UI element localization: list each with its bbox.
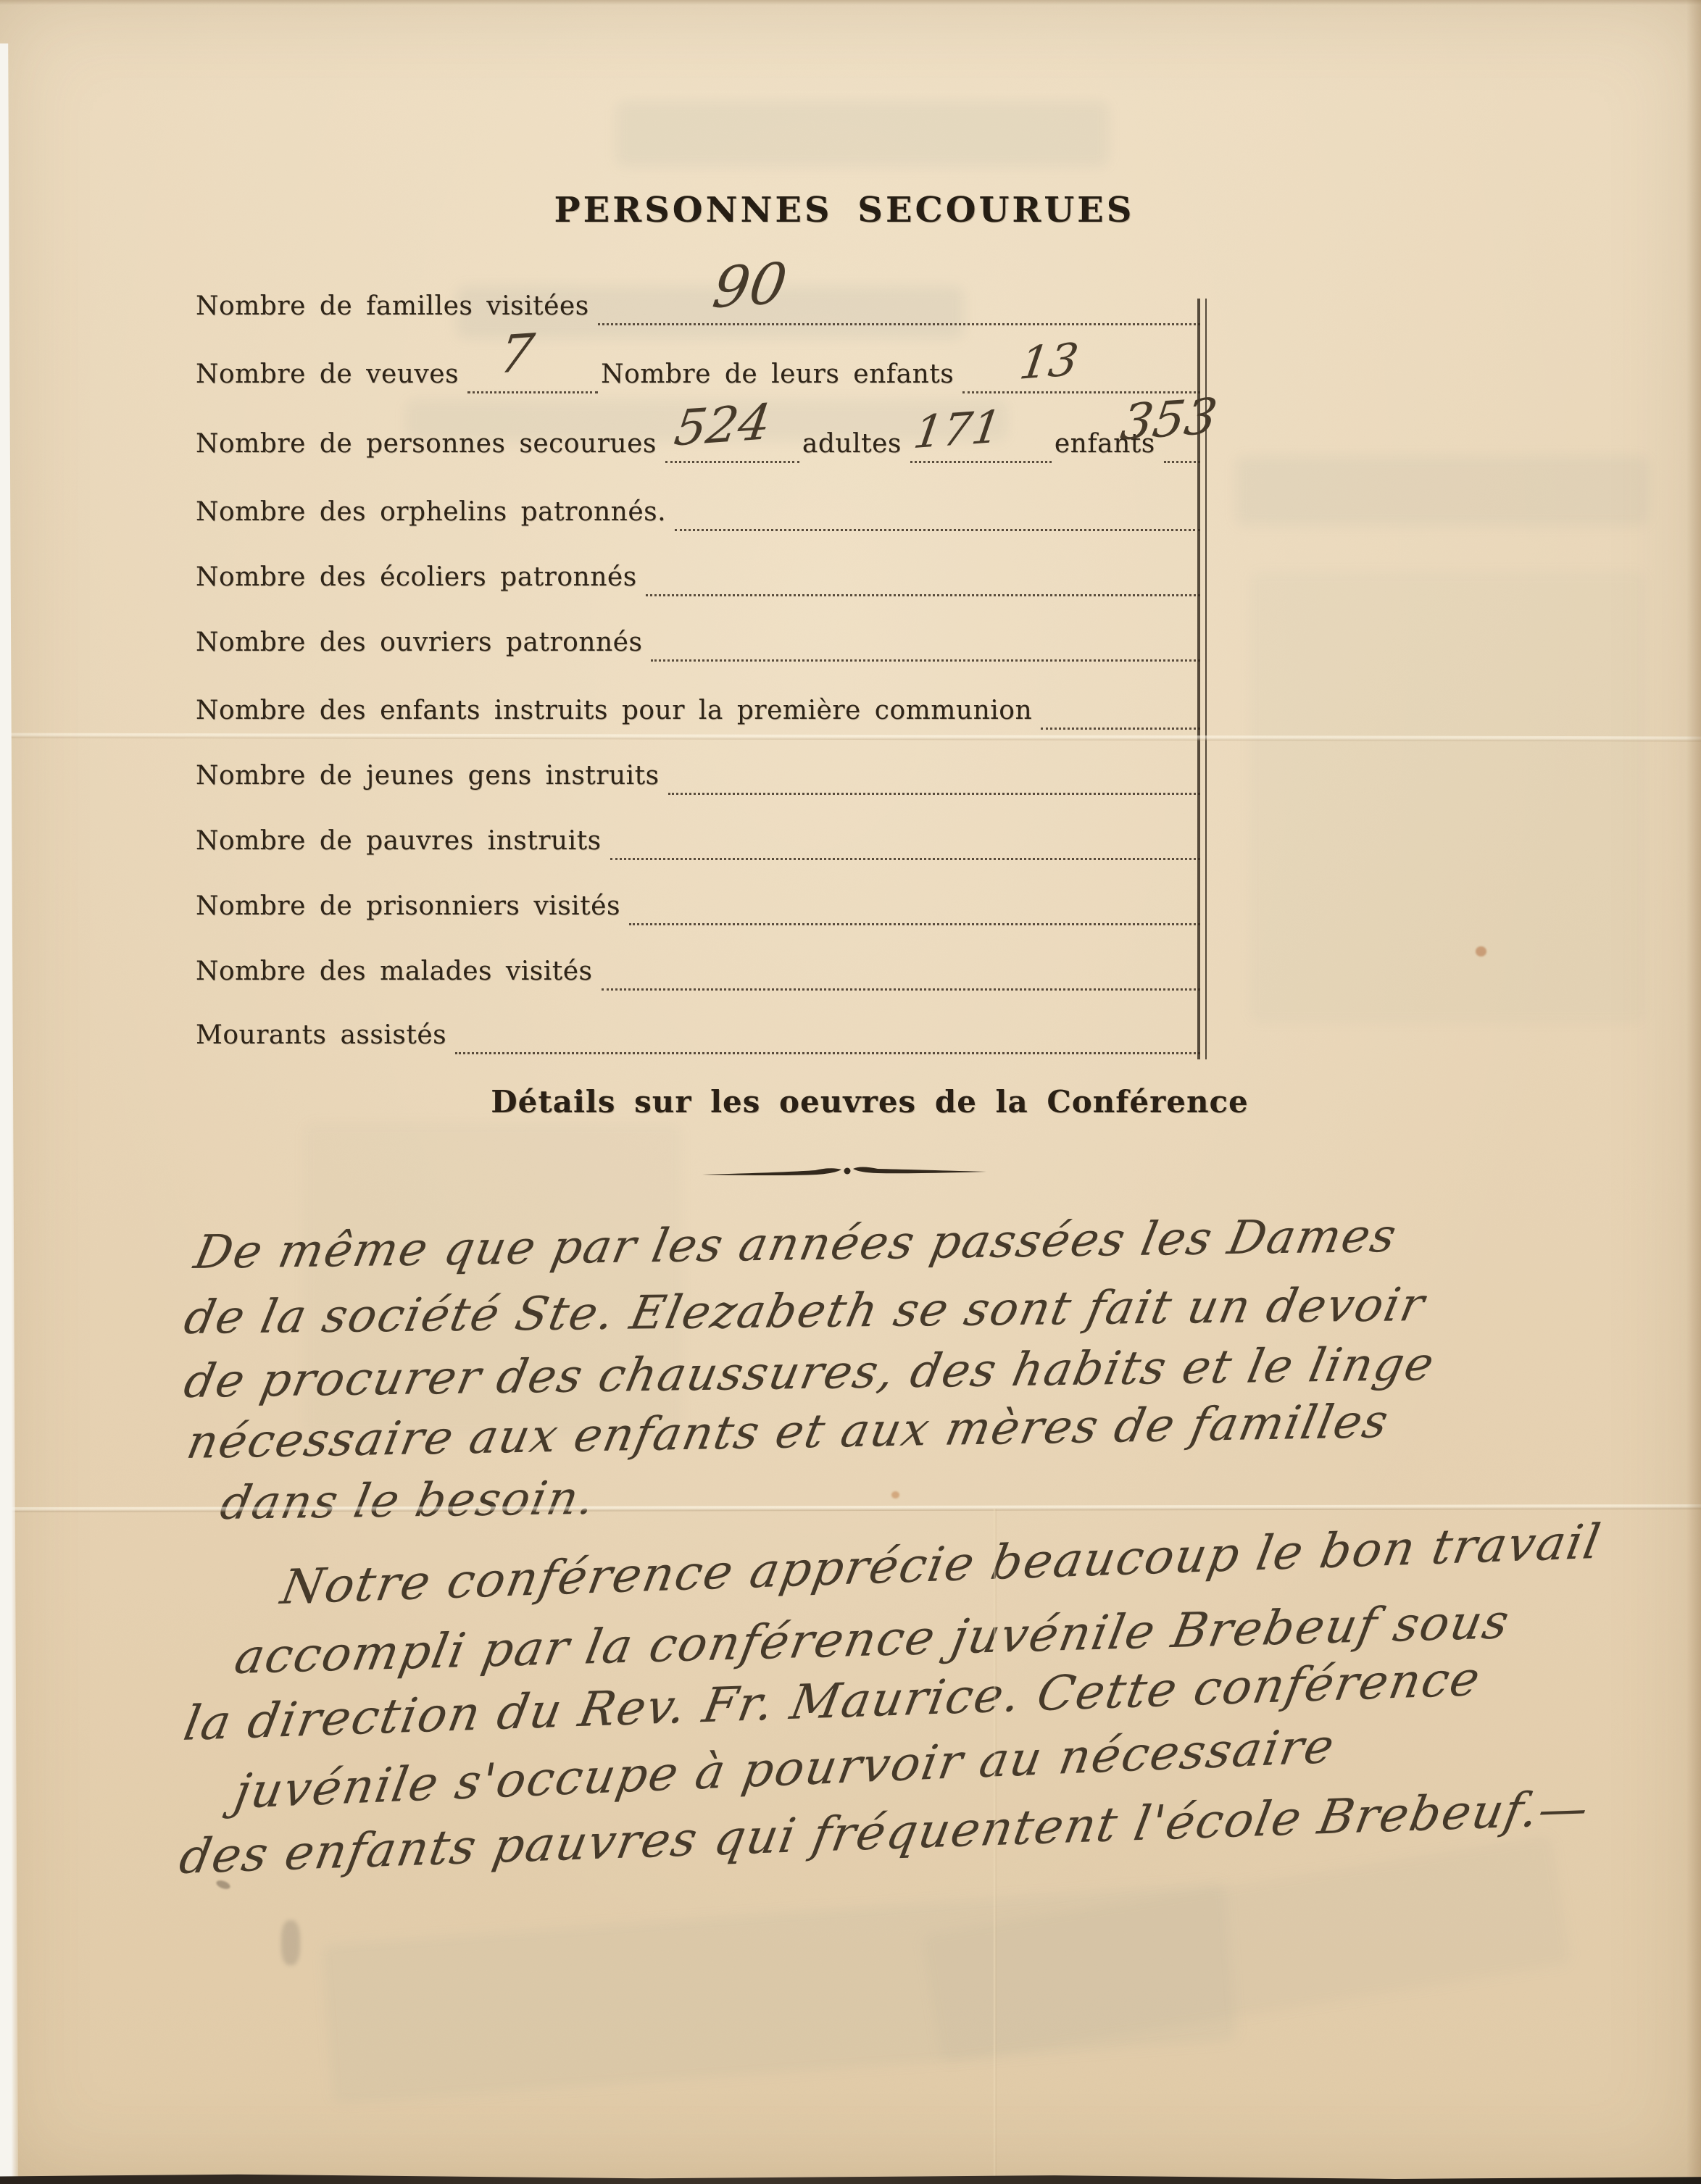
handwritten-value-enfants: 353 [1118, 388, 1221, 452]
form-label: Nombre des orphelins patronnés. [196, 497, 666, 536]
form-row-premiere-communion: Nombre des enfants instruits pour la pre… [196, 696, 1203, 735]
form-label: adultes [802, 429, 902, 468]
show-through-blur [1250, 572, 1645, 1022]
foxing-spot [891, 1491, 899, 1499]
form-label: Nombre des enfants instruits pour la pre… [196, 696, 1032, 735]
page-title: PERSONNES SECOURUES [0, 190, 1689, 230]
dotted-leader [651, 659, 1200, 662]
form-label: Nombre de prisonniers visités [196, 891, 620, 930]
paper-bottom-edge [0, 2174, 1701, 2184]
show-through-blur [616, 101, 1109, 167]
foxing-spot [1476, 946, 1486, 956]
handwritten-value-adultes: 171 [910, 400, 1005, 459]
dotted-leader [629, 923, 1200, 925]
form-label: Nombre de leurs enfants [601, 359, 954, 399]
form-row-orphelins: Nombre des orphelins patronnés. [196, 497, 1203, 536]
form-label: Mourants assistés [196, 1020, 446, 1059]
form-label: Nombre de veuves [196, 359, 459, 399]
show-through-blur [1236, 457, 1649, 525]
form-label: Nombre des ouvriers patronnés [196, 628, 642, 667]
handwritten-line: de la société Ste. Elezabeth se sont fai… [180, 1278, 1430, 1345]
form-label: Nombre de jeunes gens instruits [196, 761, 660, 800]
divider-ornament [698, 1159, 991, 1187]
form-label: Nombre des écoliers patronnés [196, 562, 637, 601]
dotted-leader [1164, 461, 1200, 463]
form-label: Nombre de pauvres instruits [196, 826, 602, 865]
form-row-familles-visitees: Nombre de familles visitées [196, 291, 1203, 330]
paper-top-edge [0, 0, 1701, 5]
show-through-blur [322, 1882, 1236, 2104]
form-row-ouvriers: Nombre des ouvriers patronnés [196, 628, 1203, 667]
document-page: PERSONNES SECOURUES Nombre de familles v… [0, 0, 1701, 2184]
handwritten-value-secourues: 524 [671, 394, 775, 458]
dotted-leader [668, 793, 1200, 795]
form-row-prisonniers: Nombre de prisonniers visités [196, 891, 1203, 930]
dotted-leader [665, 461, 799, 463]
handwritten-line: De même que par les années passées les D… [190, 1209, 1402, 1280]
dotted-leader [910, 461, 1052, 463]
form-row-jeunes-gens: Nombre de jeunes gens instruits [196, 761, 1203, 800]
dotted-leader [602, 988, 1200, 991]
handwritten-line: nécessaire aux enfants et aux mères de f… [183, 1395, 1394, 1470]
section-title: Détails sur les oeuvres de la Conférence [0, 1084, 1701, 1120]
form-row-ecoliers: Nombre des écoliers patronnés [196, 562, 1203, 601]
form-label: Nombre des malades visités [196, 956, 593, 996]
handwritten-line: dans le besoin. [216, 1472, 601, 1530]
handwritten-value-leurs-enfants: 13 [1016, 333, 1081, 389]
form-row-pauvres-instruits: Nombre de pauvres instruits [196, 826, 1203, 865]
show-through-blur [921, 1835, 1571, 2063]
dotted-leader [455, 1052, 1200, 1054]
form-row-mourants: Mourants assistés [196, 1020, 1203, 1059]
dotted-leader [610, 858, 1200, 860]
smudge [281, 1920, 300, 1965]
dotted-leader [675, 529, 1200, 531]
dotted-leader [598, 323, 1200, 325]
handwritten-value-familles: 90 [709, 251, 791, 322]
dotted-leader [646, 594, 1200, 596]
dotted-leader [467, 391, 598, 393]
form-row-malades: Nombre des malades visités [196, 956, 1203, 996]
dotted-leader [1041, 728, 1200, 730]
form-label: Nombre de personnes secourues [196, 429, 657, 468]
